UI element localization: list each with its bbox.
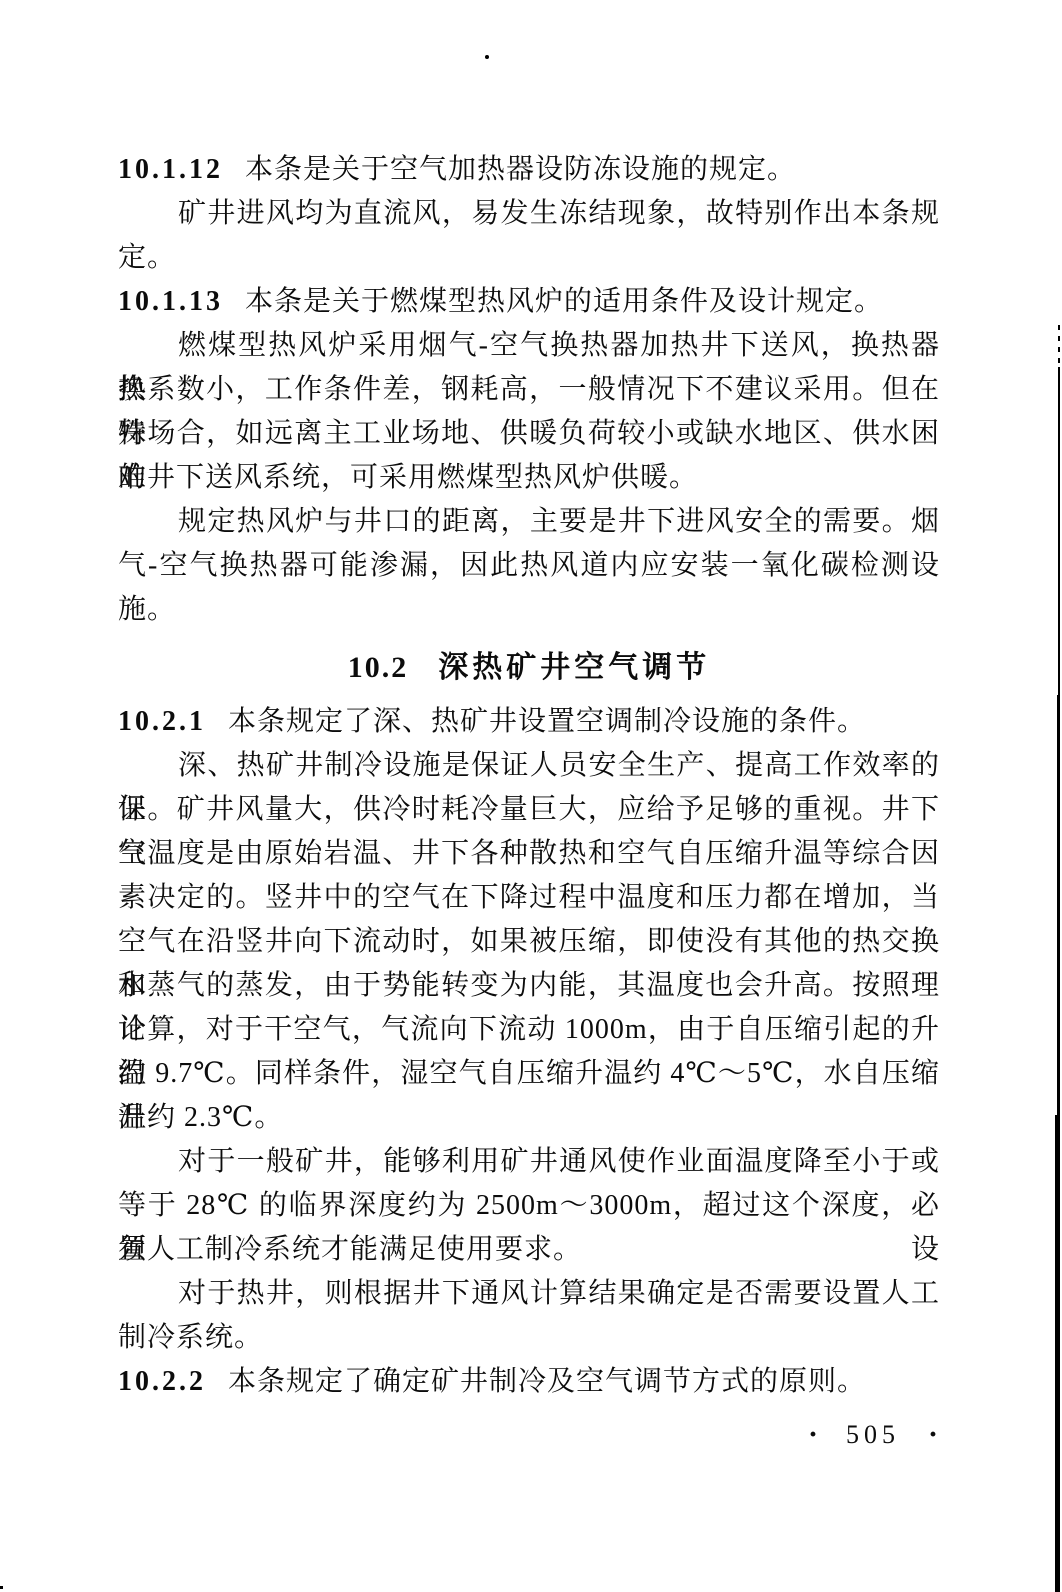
clause-line: 10.2.2本条规定了确定矿井制冷及空气调节方式的原则。 [118, 1360, 940, 1404]
page-edge-line [1058, 367, 1060, 695]
text-line: 施。 [118, 588, 940, 632]
text-line: 深、热矿井制冷设施是保证人员安全生产、提高工作效率的保 [118, 744, 940, 788]
clause-number: 10.1.13 [118, 286, 223, 317]
text-line: 等于 28℃ 的临界深度约为 2500m～3000m，超过这个深度，必须设 [118, 1184, 940, 1228]
text-line: 规定热风炉与井口的距离，主要是井下进风安全的需要。烟 [118, 500, 940, 544]
clause-text: 本条是关于空气加热器设防冻设施的规定。 [245, 154, 796, 185]
section-heading-number: 10.2 [348, 651, 409, 684]
text-line: 素决定的。竖井中的空气在下降过程中温度和压力都在增加，当 [118, 876, 940, 920]
clause-line: 10.2.1本条规定了深、热矿井设置空调制冷设施的条件。 [118, 700, 940, 744]
footer-decor-left: · [808, 1422, 818, 1448]
page-number: 505 [846, 1420, 900, 1450]
page-edge-line [1057, 695, 1060, 1115]
text-line: 矿井进风均为直流风，易发生冻结现象，故特别作出本条规 [118, 192, 940, 236]
clause-line: 10.1.12本条是关于空气加热器设防冻设施的规定。 [118, 148, 940, 192]
footer-decor-right: · [928, 1422, 938, 1448]
text-line: 的井下送风系统，可采用燃煤型热风炉供暖。 [118, 456, 940, 500]
text-line: 空气在沿竖井向下流动时，如果被压缩，即使没有其他的热交换和 [118, 920, 940, 964]
text-line: 热系数小，工作条件差，钢耗高，一般情况下不建议采用。但在特 [118, 368, 940, 412]
text-line: 气-空气换热器可能渗漏，因此热风道内应安装一氧化碳检测设 [118, 544, 940, 588]
text-line: 燃煤型热风炉采用烟气-空气换热器加热井下送风，换热器换 [118, 324, 940, 368]
section-heading: 10.2深热矿井空气调节 [118, 636, 940, 700]
text-line: 殊场合，如远离主工业场地、供暖负荷较小或缺水地区、供水困难 [118, 412, 940, 456]
clause-number: 10.2.2 [118, 1366, 206, 1397]
scan-speck-bottom-left [0, 1586, 3, 1589]
clause-text: 本条规定了确定矿井制冷及空气调节方式的原则。 [228, 1366, 866, 1397]
text-line: 温约 2.3℃。 [118, 1096, 940, 1140]
text-line: 对于一般矿井，能够利用矿井通风使作业面温度降至小于或 [118, 1140, 940, 1184]
text-line: 约 9.7℃。同样条件，湿空气自压缩升温约 4℃～5℃，水自压缩升 [118, 1052, 940, 1096]
text-line: 对于热井，则根据井下通风计算结果确定是否需要设置人工 [118, 1272, 940, 1316]
document-page: 10.1.12本条是关于空气加热器设防冻设施的规定。矿井进风均为直流风，易发生冻… [0, 0, 1062, 1592]
clause-text: 本条规定了深、热矿井设置空调制冷设施的条件。 [228, 706, 866, 737]
clause-line: 10.1.13本条是关于燃煤型热风炉的适用条件及设计规定。 [118, 280, 940, 324]
text-line: 证。矿井风量大，供冷时耗冷量巨大，应给予足够的重视。井下空 [118, 788, 940, 832]
text-column: 10.1.12本条是关于空气加热器设防冻设施的规定。矿井进风均为直流风，易发生冻… [118, 148, 940, 1404]
clause-number: 10.1.12 [118, 154, 223, 185]
scan-speck-top [485, 55, 489, 59]
text-line: 定。 [118, 236, 940, 280]
section-heading-title: 深热矿井空气调节 [438, 651, 710, 684]
clause-number: 10.2.1 [118, 706, 206, 737]
text-line: 水蒸气的蒸发，由于势能转变为内能，其温度也会升高。按照理论 [118, 964, 940, 1008]
text-line: 制冷系统。 [118, 1316, 940, 1360]
page-footer: · 505 · [808, 1420, 938, 1450]
text-line: 气温度是由原始岩温、井下各种散热和空气自压缩升温等综合因 [118, 832, 940, 876]
page-edge-line [1055, 1115, 1060, 1592]
page-edge-line [1058, 325, 1060, 367]
text-line: 计算，对于干空气，气流向下流动 1000m，由于自压缩引起的升温 [118, 1008, 940, 1052]
clause-text: 本条是关于燃煤型热风炉的适用条件及设计规定。 [245, 286, 883, 317]
